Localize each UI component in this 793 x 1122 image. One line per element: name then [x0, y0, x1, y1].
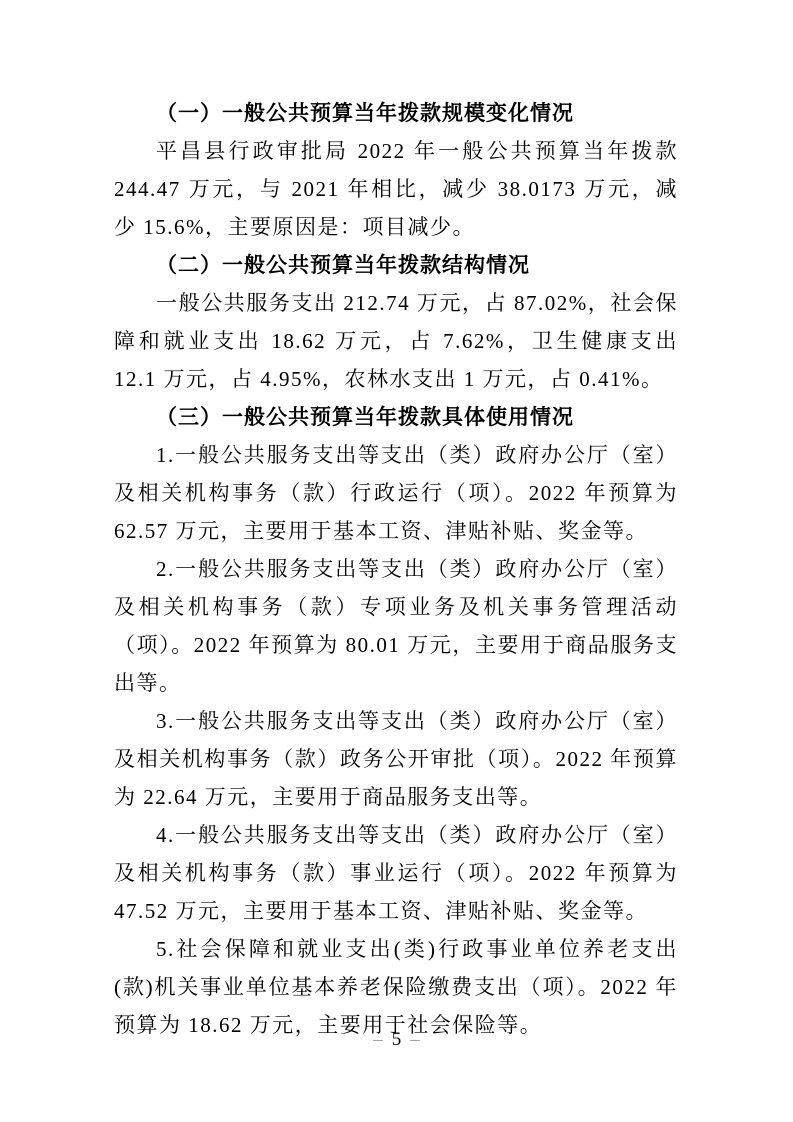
section-3-item-5: 5.社会保障和就业支出(类)行政事业单位养老支出(款)机关事业单位基本养老保险缴… — [114, 930, 678, 1044]
page-number: 5 — [392, 1029, 402, 1050]
section-3-heading: （三）一般公共预算当年拨款具体使用情况 — [114, 398, 678, 436]
section-1-paragraph: 平昌县行政审批局 2022 年一般公共预算当年拨款 244.47 万元，与 20… — [114, 132, 678, 246]
page-footer: –5– — [0, 1028, 793, 1052]
section-3-item-2: 2.一般公共服务支出等支出（类）政府办公厅（室）及相关机构事务（款）专项业务及机… — [114, 550, 678, 702]
document-page: （一）一般公共预算当年拨款规模变化情况 平昌县行政审批局 2022 年一般公共预… — [0, 0, 793, 1122]
section-3-item-4: 4.一般公共服务支出等支出（类）政府办公厅（室）及相关机构事务（款）事业运行（项… — [114, 816, 678, 930]
section-1-heading: （一）一般公共预算当年拨款规模变化情况 — [114, 94, 678, 132]
page-content: （一）一般公共预算当年拨款规模变化情况 平昌县行政审批局 2022 年一般公共预… — [114, 94, 678, 1044]
footer-dash-left: – — [373, 1029, 383, 1050]
footer-dash-right: – — [410, 1029, 420, 1050]
section-3-item-1: 1.一般公共服务支出等支出（类）政府办公厅（室）及相关机构事务（款）行政运行（项… — [114, 436, 678, 550]
section-2-heading: （二）一般公共预算当年拨款结构情况 — [114, 246, 678, 284]
section-2-paragraph: 一般公共服务支出 212.74 万元，占 87.02%，社会保障和就业支出 18… — [114, 284, 678, 398]
section-3-item-3: 3.一般公共服务支出等支出（类）政府办公厅（室）及相关机构事务（款）政务公开审批… — [114, 702, 678, 816]
